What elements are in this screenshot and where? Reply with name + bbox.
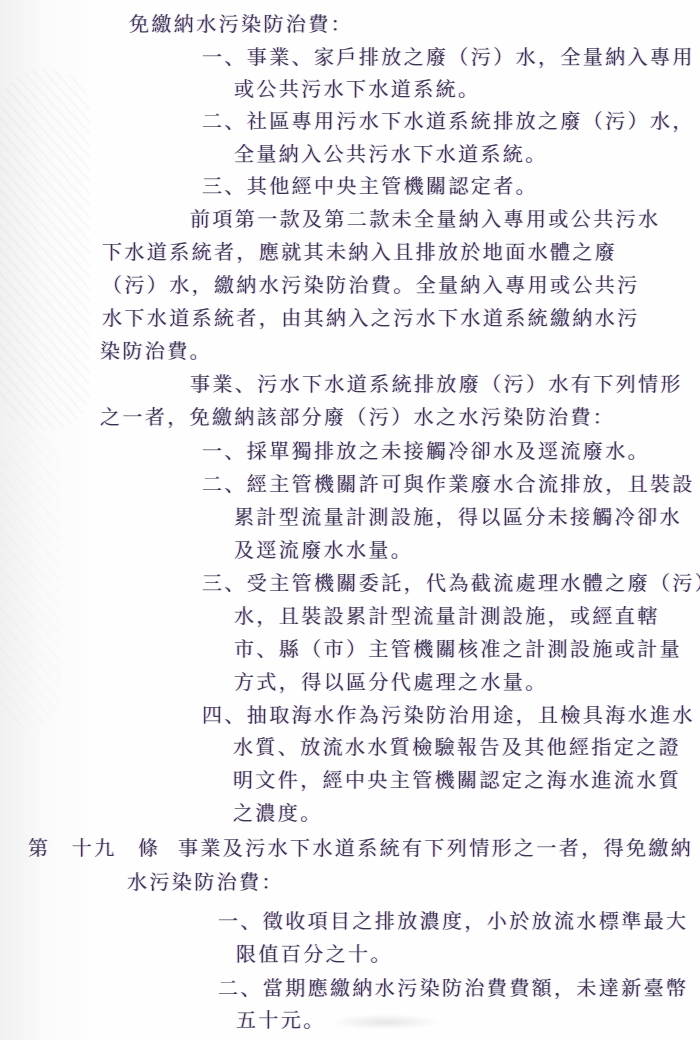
scan-edge-shading: [0, 0, 95, 1040]
document-line: 限值百分之十。: [236, 938, 393, 967]
document-line: 二、社區專用污水下水道系統排放之廢（污）水，: [202, 105, 695, 134]
scan-hatch-artifact: [0, 70, 90, 430]
document-line: 三、受主管機關委託，代為截流處理水體之廢（污）: [202, 567, 700, 596]
document-line: 二、當期應繳納水污染防治費費額，未達新臺幣: [218, 972, 688, 1001]
scan-smudge-artifact: [330, 1014, 440, 1030]
document-line: 前項第一款及第二款未全量納入專用或公共污水: [190, 203, 660, 232]
document-line: 水，且裝設累計型流量計測設施，或經直轄: [234, 600, 660, 629]
document-line: 之濃度。: [233, 797, 323, 826]
document-line: 方式，得以區分代處理之水量。: [234, 666, 548, 695]
document-line: 及逕流廢水水量。: [234, 534, 413, 563]
document-line: 三、其他經中央主管機關認定者。: [202, 170, 538, 199]
document-line: 一、採單獨排放之未接觸冷卻水及逕流廢水。: [202, 435, 650, 464]
document-line: 累計型流量計測設施，得以區分未接觸冷卻水: [234, 501, 682, 530]
document-line: （污）水，繳納水污染防治費。全量納入專用或公共污: [102, 269, 640, 298]
document-line: 五十元。: [236, 1004, 326, 1033]
document-line: 一、事業、家戶排放之廢（污）水，全量納入專用: [202, 41, 695, 70]
document-line: 水下水道系統者，由其納入之污水下水道系統繳納水污: [102, 302, 640, 331]
document-line: 水污染防治費：: [127, 866, 284, 895]
document-line: 明文件，經中央主管機關認定之海水進流水質: [233, 764, 681, 793]
document-line: 水質、放流水水質檢驗報告及其他經指定之證: [233, 731, 681, 760]
document-page: 免繳納水污染防治費： 一、事業、家戶排放之廢（污）水，全量納入專用 或公共污水下…: [0, 0, 700, 1040]
document-line: 二、經主管機關許可與作業廢水合流排放，且裝設: [202, 468, 695, 497]
document-line: 全量納入公共污水下水道系統。: [234, 138, 548, 167]
article-first-line: 事業及污水下水道系統有下列情形之一者，得免繳納: [178, 832, 693, 861]
document-line: 下水道系統者，應就其未納入且排放於地面水體之廢: [102, 236, 617, 265]
document-line: 市、縣（市）主管機關核准之計測設施或計量: [234, 633, 682, 662]
document-line: 一、徵收項目之排放濃度，小於放流水標準最大: [218, 905, 688, 934]
document-line: 四、抽取海水作為污染防治用途，且檢具海水進水: [202, 699, 695, 728]
article-number: 第 十九 條: [28, 832, 160, 861]
scan-hatch-artifact: [0, 430, 60, 730]
document-line: 事業、污水下水道系統排放廢（污）水有下列情形: [190, 368, 683, 397]
document-line: 免繳納水污染防治費：: [129, 8, 353, 37]
document-line: 或公共污水下水道系統。: [234, 73, 480, 102]
document-line: 染防治費。: [100, 335, 212, 364]
document-line: 之一者，免繳納該部分廢（污）水之水污染防治費：: [100, 401, 615, 430]
